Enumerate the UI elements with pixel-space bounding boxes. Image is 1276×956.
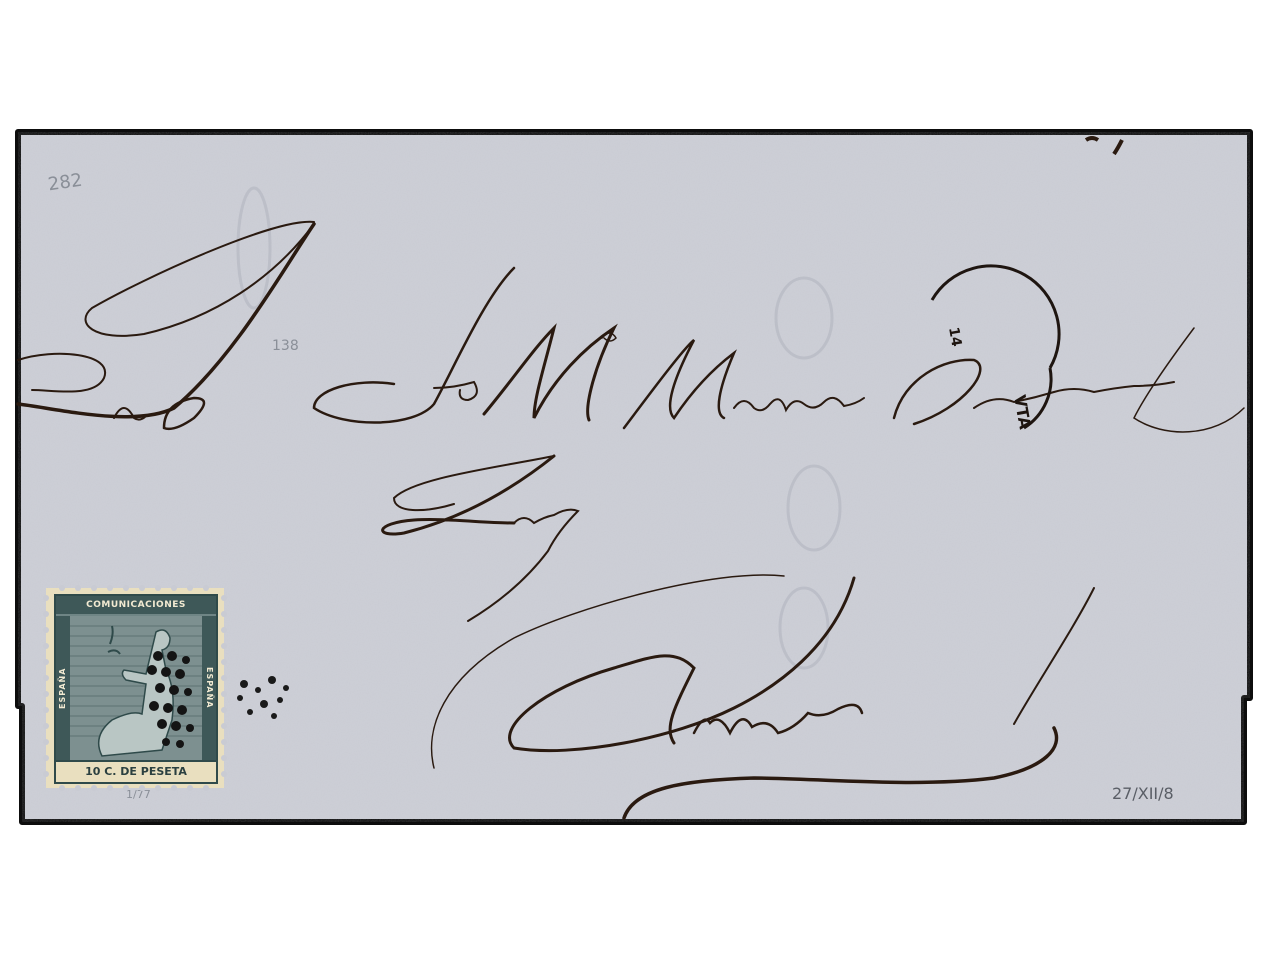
stamp-top-text: COMUNICACIONES — [56, 596, 216, 614]
stamp-left-text: ESPAÑA — [56, 616, 70, 760]
pencil-note-middle: 138 — [272, 338, 299, 354]
stamp-design: COMUNICACIONES ESPAÑA ESPAÑA 10 C. DE P — [54, 594, 218, 784]
stamp-right-text: ESPAÑA — [202, 616, 216, 760]
postage-stamp: COMUNICACIONES ESPAÑA ESPAÑA 10 C. DE P — [42, 584, 228, 792]
svg-text:14: 14 — [945, 326, 964, 348]
stamp-value-text: 10 C. DE PESETA — [56, 760, 216, 782]
pencil-note-bottom-right: 27/XII/8 — [1112, 784, 1174, 803]
seated-hispania-figure — [70, 616, 202, 760]
